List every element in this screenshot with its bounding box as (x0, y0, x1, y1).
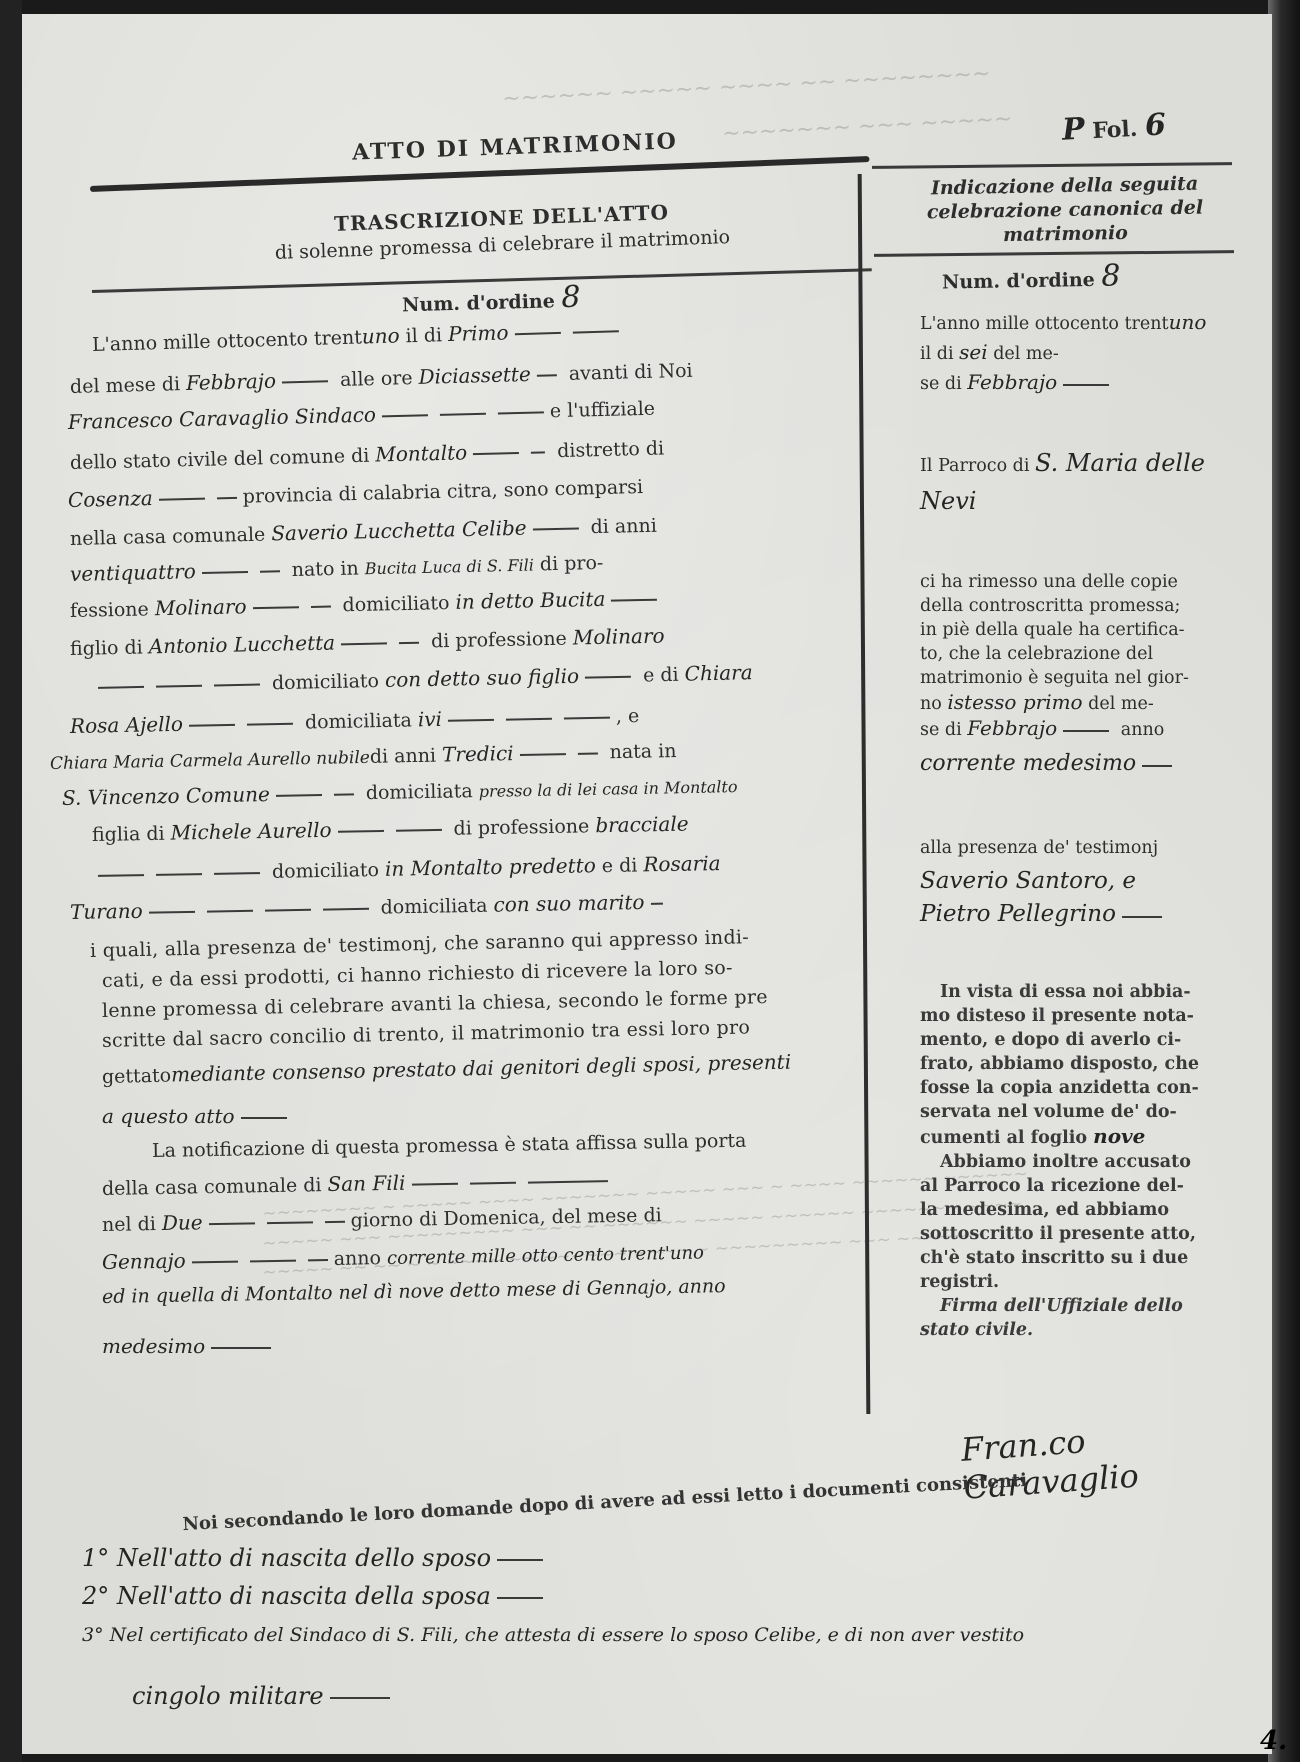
handwritten-text: in detto Bucita (455, 587, 605, 614)
scan-left-edge (0, 0, 22, 1762)
fill-dash (498, 411, 544, 414)
printed-text: il di (399, 324, 448, 347)
handwritten-text: uno (361, 323, 399, 348)
printed-text: dello stato civile del comune di (70, 445, 376, 474)
record-line-11: Rosa Ajello domiciliata ivi, e (70, 703, 640, 738)
fill-dash (207, 910, 253, 913)
right-line: fosse la copia anzidetta con- (920, 1076, 1250, 1100)
handwritten-text: Febbrajo (967, 370, 1057, 394)
fill-dash (250, 1260, 296, 1263)
handwritten-text: istesso primo (947, 690, 1082, 714)
left-section-heading: TRASCRIZIONE DELL'ATTO di solenne promes… (201, 196, 802, 267)
handwritten-text: Chiara Maria Carmela Aurello nubile (50, 748, 370, 774)
handwritten-text: Primo (448, 320, 509, 346)
right-line: L'anno mille ottocento trentuno (920, 310, 1250, 336)
right-line: se di Febbrajo anno (920, 716, 1250, 742)
bleed-through-text: ~~~~~~~ ~~~ ~~~~~ (722, 106, 1013, 146)
printed-text: nato in (285, 557, 365, 581)
fill-dash (527, 1180, 607, 1183)
document-item-3-cont: cingolo militare (132, 1682, 396, 1710)
right-line: matrimonio è seguita nel gior- (920, 666, 1250, 690)
fill-dash (399, 642, 419, 644)
handwritten-text: Bucita Luca di S. Fili (365, 555, 535, 578)
printed-text: del mese di (70, 373, 187, 398)
printed-text: di pro- (534, 552, 604, 576)
notification-line-1: La notificazione di questa promessa è st… (152, 1130, 747, 1162)
right-header-rule (872, 162, 1232, 169)
record-line-15: domiciliato in Montalto predetto e di Ro… (92, 851, 721, 886)
right-line: Pietro Pellegrino (920, 902, 1250, 928)
printed-text: il di (920, 344, 959, 364)
fill-dash (282, 380, 328, 383)
paragraph-line: i quali, alla presenza de' testimonj, ch… (90, 926, 749, 962)
fill-dash (209, 1222, 255, 1225)
handwritten-text: Rosaria (643, 851, 721, 876)
header-rule (90, 156, 870, 192)
fill-dash (382, 414, 428, 417)
fill-dash (396, 829, 442, 832)
handwritten-text: 1° Nell'atto di nascita dello sposo (82, 1544, 491, 1572)
fill-dash (440, 413, 486, 416)
fill-dash (323, 908, 369, 911)
fill-dash (325, 1221, 345, 1223)
right-line: mento, e dopo di averlo ci- (920, 1028, 1250, 1052)
handwritten-text: Diciassette (418, 362, 531, 389)
right-line: sottoscritto il presente atto, (920, 1222, 1250, 1246)
column-divider (858, 174, 871, 1414)
record-line-5: Cosenzaprovincia di calabria citra, sono… (68, 474, 644, 512)
signature-label: stato civile. (920, 1318, 1250, 1342)
witness-2: Pietro Pellegrino (920, 901, 1116, 927)
fill-dash (276, 794, 322, 797)
printed-text: anno (1115, 720, 1164, 740)
fill-dash (267, 1221, 313, 1224)
folio-text: Fol. (1092, 116, 1138, 144)
printed-text: del me- (1083, 694, 1154, 714)
right-line: al Parroco la ricezione del- (920, 1174, 1250, 1198)
handwritten-text: Antonio Lucchetta (148, 630, 335, 658)
folio-label: P Fol. 6 (1061, 107, 1167, 147)
fill-dash (650, 903, 662, 905)
handwritten-text: sei (959, 340, 988, 364)
folio-mark: P (1061, 112, 1085, 148)
fill-dash (211, 1347, 271, 1349)
notification-line-6: medesimo (102, 1334, 277, 1358)
fill-dash (156, 873, 202, 876)
paragraph-tail-2: a questo atto (102, 1104, 293, 1128)
right-line: Abbiamo inoltre accusato (920, 1150, 1250, 1174)
printed-text: nella casa comunale (70, 523, 272, 550)
handwritten-text: S. Vincenzo Comune (62, 782, 270, 810)
handwritten-text: San Fili (327, 1171, 405, 1196)
printed-text: domiciliata (360, 780, 479, 804)
paragraph-line: cati, e da essi prodotti, ci hanno richi… (102, 957, 733, 992)
printed-text: se di (920, 374, 967, 394)
fill-dash (247, 723, 293, 726)
fill-dash (578, 752, 598, 754)
handwritten-text: Francesco Caravaglio Sindaco (68, 402, 377, 434)
fill-dash (308, 1259, 328, 1261)
fill-dash (1063, 730, 1109, 732)
handwritten-text: presso la di lei casa in Montalto (479, 777, 738, 801)
fill-dash (217, 497, 237, 499)
fill-dash (214, 872, 260, 875)
officer-signature: Fran.co Caravaglio (960, 1409, 1275, 1506)
fill-dash (497, 1597, 543, 1599)
record-line-12: Chiara Maria Carmela Aurello nubiledi an… (50, 738, 677, 774)
fill-dash (520, 753, 566, 756)
paragraph-tail: gettatomediante consenso prestato dai ge… (102, 1050, 792, 1088)
printed-text: anno (334, 1247, 388, 1270)
fill-dash (497, 1559, 543, 1561)
printed-text: gettato (102, 1065, 172, 1088)
handwritten-text: Montalto (375, 440, 467, 466)
order-number-label: Num. d'ordine (402, 290, 555, 316)
handwritten-text: corrente medesimo (920, 751, 1136, 776)
fill-dash (159, 498, 205, 501)
fill-dash (214, 683, 260, 686)
signature-label: Firma dell'Uffiziale dello (920, 1294, 1250, 1318)
printed-text: avanti di Noi (562, 360, 692, 385)
printed-text: di anni (370, 744, 443, 767)
handwritten-text: 2° Nell'atto di nascita della sposa (82, 1582, 491, 1610)
printed-text: Il Parroco di (920, 456, 1035, 476)
record-line-10: domiciliato con detto suo figlio e di Ch… (92, 660, 753, 698)
printed-text: di professione (447, 815, 595, 840)
paragraph-line: scritte dal sacro concilio di trento, il… (102, 1016, 751, 1052)
handwritten-text: Molinaro (573, 624, 665, 650)
fill-dash (533, 527, 579, 530)
handwritten-text: con detto suo figlio (385, 664, 580, 692)
fill-dash (192, 1261, 238, 1264)
handwritten-text: Saverio Lucchetta Celibe (271, 516, 527, 546)
handwritten-text: medesimo (102, 1334, 205, 1358)
bottom-printed-line: Noi secondando le loro domande dopo di a… (182, 1470, 1028, 1535)
document-item-3: 3° Nel certificato del Sindaco di S. Fil… (82, 1624, 1024, 1646)
order-number-label: Num. d'ordine (942, 269, 1095, 294)
fill-dash (564, 717, 610, 720)
printed-text: alle ore (334, 367, 419, 391)
right-line: mo disteso il presente nota- (920, 1004, 1250, 1028)
fill-dash (611, 599, 657, 602)
right-line: la medesima, ed abbiamo (920, 1198, 1250, 1222)
right-paragraph-3: In vista di essa noi abbia- mo disteso i… (920, 980, 1250, 1342)
handwritten-text: uno (1169, 310, 1207, 334)
record-line-16: Turano domiciliata con suo marito (70, 890, 669, 924)
handwritten-text: corrente mille otto cento trent'uno (387, 1242, 704, 1269)
printed-text: di anni (584, 515, 657, 539)
right-line: no istesso primo del me- (920, 690, 1250, 716)
notification-line-5: ed in quella di Montalto nel dì nove det… (102, 1275, 726, 1308)
handwritten-text: mediante consenso prestato dai genitori … (171, 1050, 792, 1087)
parroco-block: Il Parroco di S. Maria delle Nevi (920, 444, 1250, 520)
fill-dash (537, 374, 557, 377)
record-line-14: figlia di Michele Aurello di professione… (92, 812, 689, 846)
handwritten-text: con suo marito (493, 890, 644, 917)
witnesses-block: alla presenza de' testimonj Saverio Sant… (920, 836, 1250, 928)
fill-dash (469, 1182, 515, 1185)
fill-dash (531, 451, 545, 453)
handwritten-text: Febbrajo (186, 369, 277, 395)
handwritten-text: Gennajo (102, 1249, 186, 1274)
handwritten-text: Turano (70, 899, 143, 924)
handwritten-text: cingolo militare (132, 1682, 324, 1710)
printed-text: domiciliata (299, 709, 418, 733)
record-line-3: Francesco Caravaglio Sindacoe l'uffizial… (68, 396, 656, 434)
document-title: ATTO DI MATRIMONIO (352, 128, 679, 165)
fill-dash (260, 570, 280, 572)
printed-text: domiciliata (374, 895, 493, 919)
handwritten-text: Due (162, 1210, 203, 1235)
right-line: corrente medesimo (920, 752, 1250, 777)
printed-text: e di (596, 854, 644, 877)
handwritten-text: ivi (418, 707, 443, 731)
printed-text: cumenti al foglio (920, 1128, 1093, 1148)
fill-dash (338, 830, 384, 833)
fill-dash (1122, 916, 1162, 918)
handwritten-text: Chiara (684, 660, 752, 685)
left-order-number: Num. d'ordine 8 (402, 280, 581, 320)
printed-text: e di (637, 664, 685, 687)
fill-dash (241, 1117, 287, 1119)
fill-dash (253, 606, 299, 609)
fill-dash (411, 1183, 457, 1186)
fill-dash (506, 718, 552, 721)
record-line-9: figlio di Antonio Lucchetta di professio… (70, 624, 665, 660)
fill-dash (334, 793, 354, 795)
printed-text: se di (920, 720, 967, 740)
handwritten-text: Rosa Ajello (70, 712, 183, 738)
bleed-through-text: ~~~~~~ ~~~~~ ~~~~ ~~ ~~~~~~~~ (502, 61, 991, 112)
handwritten-text: in Montalto predetto (385, 853, 596, 881)
printed-text: nata in (603, 740, 676, 763)
printed-text: della casa comunale di (102, 1174, 328, 1200)
document-item-2: 2° Nell'atto di nascita della sposa (82, 1582, 549, 1610)
fill-dash (311, 606, 331, 608)
handwritten-text: Tredici (442, 741, 514, 766)
fill-dash (156, 685, 202, 688)
right-line: se di Febbrajo (920, 370, 1250, 396)
right-paragraph-1: L'anno mille ottocento trentuno il di se… (920, 310, 1250, 396)
document-item-1: 1° Nell'atto di nascita dello sposo (82, 1544, 549, 1572)
register-page: ~~~~~~ ~~~~~ ~~~~ ~~ ~~~~~~~~ ~~~~~~~ ~~… (22, 14, 1272, 1754)
fill-dash (1063, 384, 1109, 386)
record-line-13: S. Vincenzo Comune domiciliata presso la… (62, 773, 738, 810)
printed-text: no (920, 694, 947, 714)
book-binding (1268, 0, 1300, 1762)
handwritten-text: Cosenza (68, 486, 153, 512)
printed-text: distretto di (551, 437, 664, 462)
printed-text: provincia di calabria citra, sono compar… (243, 476, 644, 508)
fill-dash (98, 874, 144, 877)
fill-dash (514, 332, 560, 335)
right-paragraph-2: ci ha rimesso una delle copie della cont… (920, 570, 1250, 777)
fill-dash (265, 909, 311, 912)
order-number-value: 8 (561, 280, 581, 315)
right-line: registri. (920, 1270, 1250, 1294)
handwritten-text: Michele Aurello (170, 818, 331, 845)
printed-text: domiciliato (266, 670, 385, 694)
right-line: to, che la celebrazione del (920, 642, 1250, 666)
record-line-4: dello stato civile del comune di Montalt… (70, 435, 665, 474)
right-line: il di sei del me- (920, 340, 1250, 366)
witnesses-label: alla presenza de' testimonj (920, 836, 1250, 860)
right-line: In vista di essa noi abbia- (920, 980, 1250, 1004)
record-line-2: del mese di Febbrajo alle ore Diciassett… (70, 358, 693, 398)
right-line: ch'è stato inscritto su i due (920, 1246, 1250, 1270)
handwritten-text: ventiquattro (70, 559, 196, 586)
record-line-8: fessione Molinaro domiciliato in detto B… (70, 586, 664, 622)
fill-dash (189, 724, 235, 727)
fill-dash (585, 676, 631, 679)
right-section-heading: Indicazione della seguita celebrazione c… (899, 171, 1230, 249)
page-number: 4. (1260, 1726, 1287, 1756)
right-line: in piè della quale ha certifica- (920, 618, 1250, 642)
fill-dash (473, 452, 519, 455)
handwritten-text: nove (1093, 1124, 1145, 1148)
handwritten-text: Febbrajo (967, 716, 1057, 740)
printed-text: L'anno mille ottocento trent (92, 326, 362, 356)
fill-dash (98, 686, 144, 689)
right-line: servata nel volume de' do- (920, 1100, 1250, 1124)
printed-text: del me- (988, 344, 1059, 364)
fill-dash (149, 911, 195, 914)
fill-dash (448, 719, 494, 722)
fill-dash (341, 642, 387, 645)
fill-dash (202, 571, 248, 574)
printed-text: domiciliato (266, 859, 385, 883)
record-line-1: L'anno mille ottocento trentuno il di Pr… (92, 317, 625, 356)
right-line: della controscritta promessa; (920, 594, 1250, 618)
handwritten-text: Molinaro (155, 594, 247, 620)
printed-text: , e (616, 705, 640, 727)
printed-text: figlia di (92, 823, 171, 846)
printed-text: domiciliato (336, 592, 455, 616)
fill-dash (572, 330, 618, 333)
printed-text: nel di (102, 1213, 162, 1236)
handwritten-text: bracciale (595, 812, 689, 838)
right-line: cumenti al foglio nove (920, 1124, 1250, 1150)
fill-dash (330, 1697, 390, 1699)
printed-text: di professione (425, 627, 573, 652)
folio-number: 6 (1144, 107, 1167, 143)
printed-text: L'anno mille ottocento trent (920, 314, 1169, 334)
printed-text: fessione (70, 598, 155, 622)
printed-text: figlio di (70, 636, 149, 660)
order-number-value: 8 (1101, 258, 1121, 293)
witness-1: Saverio Santoro, e (920, 860, 1250, 902)
right-order-number: Num. d'ordine 8 (942, 258, 1121, 296)
handwritten-text: a questo atto (102, 1104, 235, 1128)
record-line-7: ventiquattro nato in Bucita Luca di S. F… (70, 550, 604, 586)
right-line: ci ha rimesso una delle copie (920, 570, 1250, 594)
right-heading-rule (874, 250, 1234, 257)
handwritten-text: ed in quella di Montalto nel dì nove det… (102, 1275, 726, 1308)
paragraph-line: lenne promessa di celebrare avanti la ch… (102, 986, 768, 1022)
record-line-6: nella casa comunale Saverio Lucchetta Ce… (70, 513, 657, 550)
printed-text: e l'uffiziale (550, 398, 656, 423)
fill-dash (1142, 765, 1172, 767)
right-line: frato, abbiamo disposto, che (920, 1052, 1250, 1076)
